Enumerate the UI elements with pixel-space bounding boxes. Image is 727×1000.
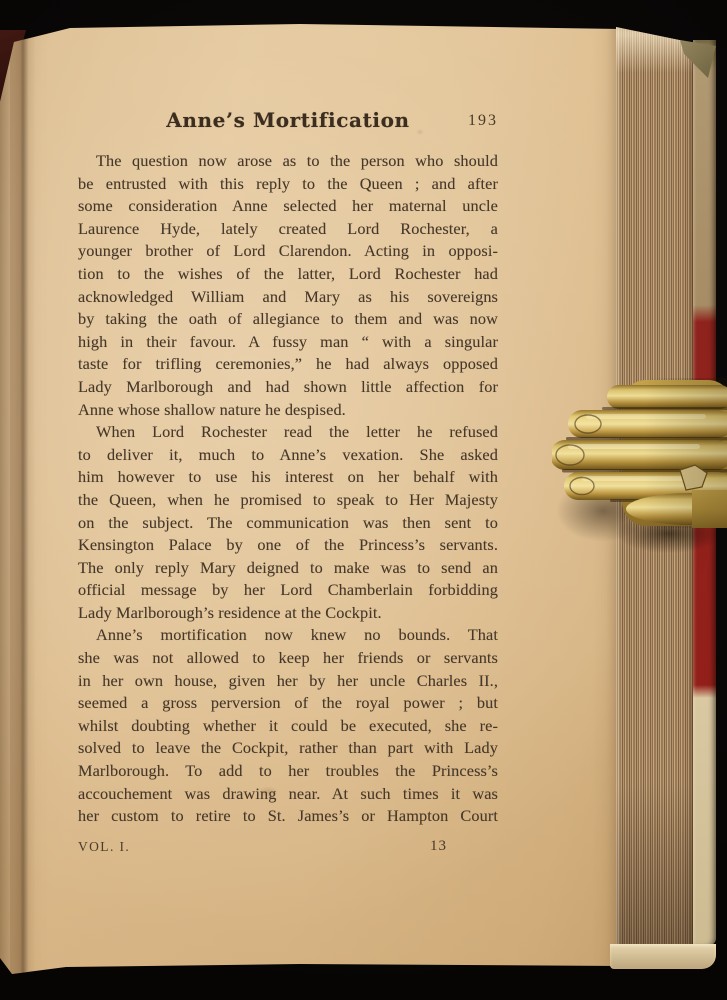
clasp-fingernail xyxy=(556,445,584,465)
text-line: by taking the oath of allegiance to them… xyxy=(78,308,498,331)
text-line: Anne’s mortification now knew no bounds.… xyxy=(78,624,498,647)
text-line: The question now arose as to the person … xyxy=(78,150,498,173)
body-text: The question now arose as to the person … xyxy=(78,150,498,828)
text-line: the Queen, when he promised to speak to … xyxy=(78,489,498,512)
clasp-fingernail xyxy=(570,478,594,495)
text-line: whilst doubting whether it could be exec… xyxy=(78,715,498,738)
text-block: Anne’s Mortification 193 The question no… xyxy=(78,108,498,858)
text-line: Anne whose shallow nature he despised. xyxy=(78,399,498,422)
text-line: seemed a gross perversion of the royal p… xyxy=(78,692,498,715)
text-line: official message by her Lord Chamberlain… xyxy=(78,579,498,602)
running-header: Anne’s Mortification 193 xyxy=(78,108,498,138)
antique-book-photo: Anne’s Mortification 193 The question no… xyxy=(0,0,727,1000)
brass-hand-clasp xyxy=(552,378,727,528)
text-line: in her own house, given her by her uncle… xyxy=(78,670,498,693)
text-line: to deliver it, much to Anne’s vexation. … xyxy=(78,444,498,467)
signature-mark: 13 xyxy=(430,838,447,855)
text-line: younger brother of Lord Clarendon. Actin… xyxy=(78,240,498,263)
text-line: tion to the wishes of the latter, Lord R… xyxy=(78,263,498,286)
text-line: him however to use his interest on her b… xyxy=(78,466,498,489)
page-number: 193 xyxy=(468,112,498,130)
text-line: some consideration Anne selected her mat… xyxy=(78,195,498,218)
bottom-page-edges xyxy=(610,944,716,969)
text-line: accouchement was drawing near. At such t… xyxy=(78,783,498,806)
text-line: Lady Marlborough’s residence at the Cock… xyxy=(78,602,498,625)
text-line: taste for trifling ceremonies,” he had a… xyxy=(78,353,498,376)
text-line: be entrusted with this reply to the Quee… xyxy=(78,173,498,196)
text-line: Lady Marlborough and had shown little af… xyxy=(78,376,498,399)
text-line: When Lord Rochester read the letter he r… xyxy=(78,421,498,444)
clasp-fingernail xyxy=(575,415,601,433)
text-line: she was not allowed to keep her friends … xyxy=(78,647,498,670)
text-line: high in their favour. A fussy man “ with… xyxy=(78,331,498,354)
page-footer: VOL. I. 13 xyxy=(78,838,498,858)
text-line: Kensington Palace by one of the Princess… xyxy=(78,534,498,557)
text-line: her custom to retire to St. James’s or H… xyxy=(78,805,498,828)
text-line: solved to leave the Cockpit, rather than… xyxy=(78,737,498,760)
text-line: acknowledged William and Mary as his sov… xyxy=(78,286,498,309)
text-line: The only reply Mary deigned to make was … xyxy=(78,557,498,580)
text-line: on the subject. The communication was th… xyxy=(78,512,498,535)
text-line: Laurence Hyde, lately created Lord Roche… xyxy=(78,218,498,241)
volume-label: VOL. I. xyxy=(78,839,130,854)
text-line: Marlborough. To add to her troubles the … xyxy=(78,760,498,783)
book-page: Anne’s Mortification 193 The question no… xyxy=(0,0,620,1000)
chapter-title: Anne’s Mortification xyxy=(166,108,409,132)
